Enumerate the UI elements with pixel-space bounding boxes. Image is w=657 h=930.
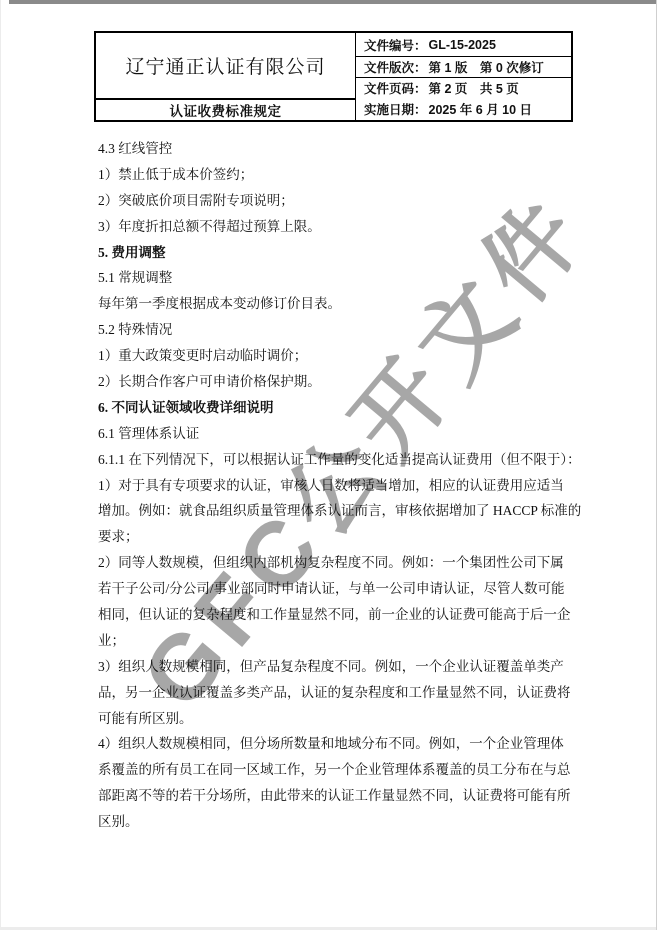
body-line: 3）年度折扣总额不得超过预算上限。 [98,214,566,240]
body-line: 6.1.1 在下列情况下，可以根据认证工作量的变化适当提高认证费用（但不限于）： [98,447,566,473]
body-line: 2）突破底价项目需附专项说明； [98,188,566,214]
body-line: 5.2 特殊情况 [98,317,566,343]
field-effective-date: 实施日期：2025 年 6 月 10 日 [356,98,571,120]
body-line: 部距离不等的若干分场所，由此带来的认证工作量显然不同，认证费将可能有所 [98,783,566,809]
company-name: 辽宁通正认证有限公司 [96,33,356,98]
body-line: 相同，但认证的复杂程度和工作量显然不同，前一企业的认证费可能高于后一企 [98,602,566,628]
body-line: 3）组织人数规模相同，但产品复杂程度不同。例如，一个企业认证覆盖单类产 [98,654,566,680]
body-line: 6. 不同认证领域收费详细说明 [98,395,566,421]
field-doc-number-label: 文件编号： [364,36,427,54]
field-doc-number: 文件编号：GL-15-2025 [356,33,571,56]
body-text: 4.3 红线管控1）禁止低于成本价签约；2）突破底价项目需附专项说明；3）年度折… [98,136,566,835]
body-line: 2）同等人数规模，但组织内部机构复杂程度不同。例如：一个集团性公司下属 [98,550,566,576]
field-effective-date-value: 2025 年 6 月 10 日 [429,100,533,118]
body-line: 5.1 常规调整 [98,265,566,291]
body-line: 增加。例如：就食品组织质量管理体系认证而言，审核依据增加了 HACCP 标准的 [98,498,566,524]
body-line: 区别。 [98,809,566,835]
body-line: 可能有所区别。 [98,706,566,732]
field-doc-version-value: 第 1 版 第 0 次修订 [429,58,544,76]
body-line: 4）组织人数规模相同，但分场所数量和地域分布不同。例如，一个企业管理体 [98,731,566,757]
field-doc-version-label: 文件版次： [364,58,427,76]
document-title: 认证收费标准规定 [96,98,356,120]
field-effective-date-label: 实施日期： [364,100,427,118]
body-line: 1）禁止低于成本价签约； [98,162,566,188]
body-line: 4.3 红线管控 [98,136,566,162]
body-line: 业； [98,628,566,654]
body-line: 要求； [98,524,566,550]
field-doc-page-value: 第 2 页 共 5 页 [429,79,519,97]
body-line: 1）重大政策变更时启动临时调价； [98,343,566,369]
body-line: 每年第一季度根据成本变动修订价目表。 [98,291,566,317]
document-page: GFC公开文件 辽宁通正认证有限公司 文件编号：GL-15-2025 文件版次：… [0,0,657,930]
field-doc-number-value: GL-15-2025 [429,38,496,52]
body-line: 品，另一企业认证覆盖多类产品，认证的复杂程度和工作量显然不同，认证费将 [98,680,566,706]
field-doc-version: 文件版次：第 1 版 第 0 次修订 [356,56,571,77]
body-line: 系覆盖的所有员工在同一区域工作，另一个企业管理体系覆盖的员工分布在与总 [98,757,566,783]
body-line: 若干子公司/分公司/事业部同时申请认证，与单一公司申请认证，尽管人数可能 [98,576,566,602]
document-header-table: 辽宁通正认证有限公司 文件编号：GL-15-2025 文件版次：第 1 版 第 … [94,31,573,122]
field-doc-page-label: 文件页码： [364,79,427,97]
body-line: 5. 费用调整 [98,240,566,266]
body-line: 6.1 管理体系认证 [98,421,566,447]
field-doc-page: 文件页码：第 2 页 共 5 页 [356,77,571,98]
page-top-edge [9,0,656,4]
body-line: 2）长期合作客户可申请价格保护期。 [98,369,566,395]
body-line: 1）对于具有专项要求的认证，审核人日数将适当增加，相应的认证费用应适当 [98,473,566,499]
